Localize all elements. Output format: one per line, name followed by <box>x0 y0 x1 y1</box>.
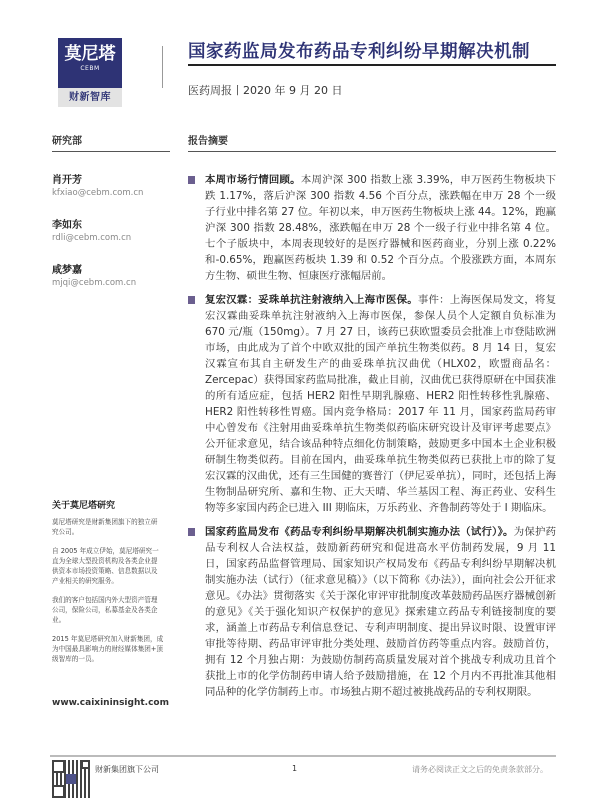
bullet-body: 本周沪深 300 指数上涨 3.39%，申万医药生物板块下跌 1.17%，落后沪… <box>205 174 556 282</box>
bullet-lead: 本周市场行情回顾。 <box>205 174 301 186</box>
bullet-lead: 复宏汉霖：妥珠单抗注射液纳入上海市医保。 <box>205 294 418 306</box>
analyst-item: 李如东 rdli@cebm.com.cn <box>52 219 170 244</box>
about-section: 关于莫尼塔研究 莫尼塔研究是财新集团旗下的独立研究公司。 自 2005 年成立伊… <box>52 498 164 673</box>
page-number: 1 <box>292 764 297 773</box>
about-paragraph: 自 2005 年成立伊始，莫尼塔研究一直为全球大型投资机构及各类企业提供资本市场… <box>52 546 164 586</box>
research-dept-column: 研究部 肖开芳 kfxiao@cebm.com.cn 李如东 rdli@cebm… <box>52 132 170 289</box>
summary-bullets: 本周市场行情回顾。本周沪深 300 指数上涨 3.39%，申万医药生物板块下跌 … <box>188 172 556 700</box>
analyst-email[interactable]: kfxiao@cebm.com.cn <box>52 187 170 199</box>
cebm-logo: 莫尼塔 CEBM 财新智库 <box>58 38 122 101</box>
website-link[interactable]: www.caixininsight.com <box>52 698 169 708</box>
analyst-email[interactable]: rdli@cebm.com.cn <box>52 232 170 244</box>
footer-disclaimer: 请务必阅读正文之后的免责条款部分。 <box>412 764 548 775</box>
logo-top: 莫尼塔 CEBM <box>58 38 122 88</box>
summary-heading: 报告摘要 <box>188 132 556 152</box>
report-page: 莫尼塔 CEBM 财新智库 国家药监局发布药品专利纠纷早期解决机制 医药周报丨2… <box>0 0 600 800</box>
about-title: 关于莫尼塔研究 <box>52 498 164 511</box>
bullet-text: 复宏汉霖：妥珠单抗注射液纳入上海市医保。事件：上海医保局发文，将复宏汉霖曲妥珠单… <box>205 292 556 516</box>
about-paragraph: 2015 年莫尼塔研究加入财新集团，成为中国最具影响力的财经媒体集团+顶级智库的… <box>52 634 164 664</box>
report-subtitle: 医药周报丨2020 年 9 月 20 日 <box>188 82 342 98</box>
report-title: 国家药监局发布药品专利纠纷早期解决机制 <box>188 38 530 63</box>
research-dept-heading: 研究部 <box>52 132 170 152</box>
bullet-text: 本周市场行情回顾。本周沪深 300 指数上涨 3.39%，申万医药生物板块下跌 … <box>205 172 556 284</box>
bullet-lead: 国家药监局发布《药品专利纠纷早期解决机制实施办法（试行）》。 <box>205 526 514 538</box>
square-bullet-icon <box>188 528 195 536</box>
qr-code-icon <box>52 760 90 798</box>
analyst-item: 咸梦嘉 mjqi@cebm.com.cn <box>52 264 170 289</box>
summary-column: 报告摘要 本周市场行情回顾。本周沪深 300 指数上涨 3.39%，申万医药生物… <box>188 132 556 708</box>
about-paragraph: 莫尼塔研究是财新集团旗下的独立研究公司。 <box>52 517 164 537</box>
qr-finder <box>81 760 90 769</box>
title-underline <box>188 64 556 66</box>
qr-logo <box>66 774 76 784</box>
analyst-name: 肖开芳 <box>52 174 170 187</box>
square-bullet-icon <box>188 176 195 184</box>
summary-bullet: 国家药监局发布《药品专利纠纷早期解决机制实施办法（试行）》。为保护药品专利权人合… <box>188 524 556 700</box>
analyst-name: 李如东 <box>52 219 170 232</box>
bullet-body: 为保护药品专利权人合法权益，鼓励新药研究和促进高水平仿制药发展，9 月 11 日… <box>205 526 556 698</box>
logo-tagline: 财新智库 <box>58 88 122 107</box>
about-paragraph: 我们的客户包括国内外大型资产管理公司，保险公司，私募基金及各类企业。 <box>52 595 164 625</box>
bullet-text: 国家药监局发布《药品专利纠纷早期解决机制实施办法（试行）》。为保护药品专利权人合… <box>205 524 556 700</box>
footer-divider <box>50 755 556 757</box>
bullet-body: 事件：上海医保局发文，将复宏汉霖曲妥珠单抗注射液纳入上海市医保，参保人员个人定额… <box>205 294 556 514</box>
square-bullet-icon <box>188 296 195 304</box>
analyst-list: 肖开芳 kfxiao@cebm.com.cn 李如东 rdli@cebm.com… <box>52 174 170 289</box>
logo-name-cn: 莫尼塔 <box>58 44 122 64</box>
summary-bullet: 复宏汉霖：妥珠单抗注射液纳入上海市医保。事件：上海医保局发文，将复宏汉霖曲妥珠单… <box>188 292 556 516</box>
summary-bullet: 本周市场行情回顾。本周沪深 300 指数上涨 3.39%，申万医药生物板块下跌 … <box>188 172 556 284</box>
header-divider <box>162 46 163 88</box>
analyst-item: 肖开芳 kfxiao@cebm.com.cn <box>52 174 170 199</box>
footer-company: 财新集团旗下公司 <box>95 764 159 775</box>
analyst-email[interactable]: mjqi@cebm.com.cn <box>52 277 170 289</box>
logo-name-en: CEBM <box>58 64 122 74</box>
analyst-name: 咸梦嘉 <box>52 264 170 277</box>
